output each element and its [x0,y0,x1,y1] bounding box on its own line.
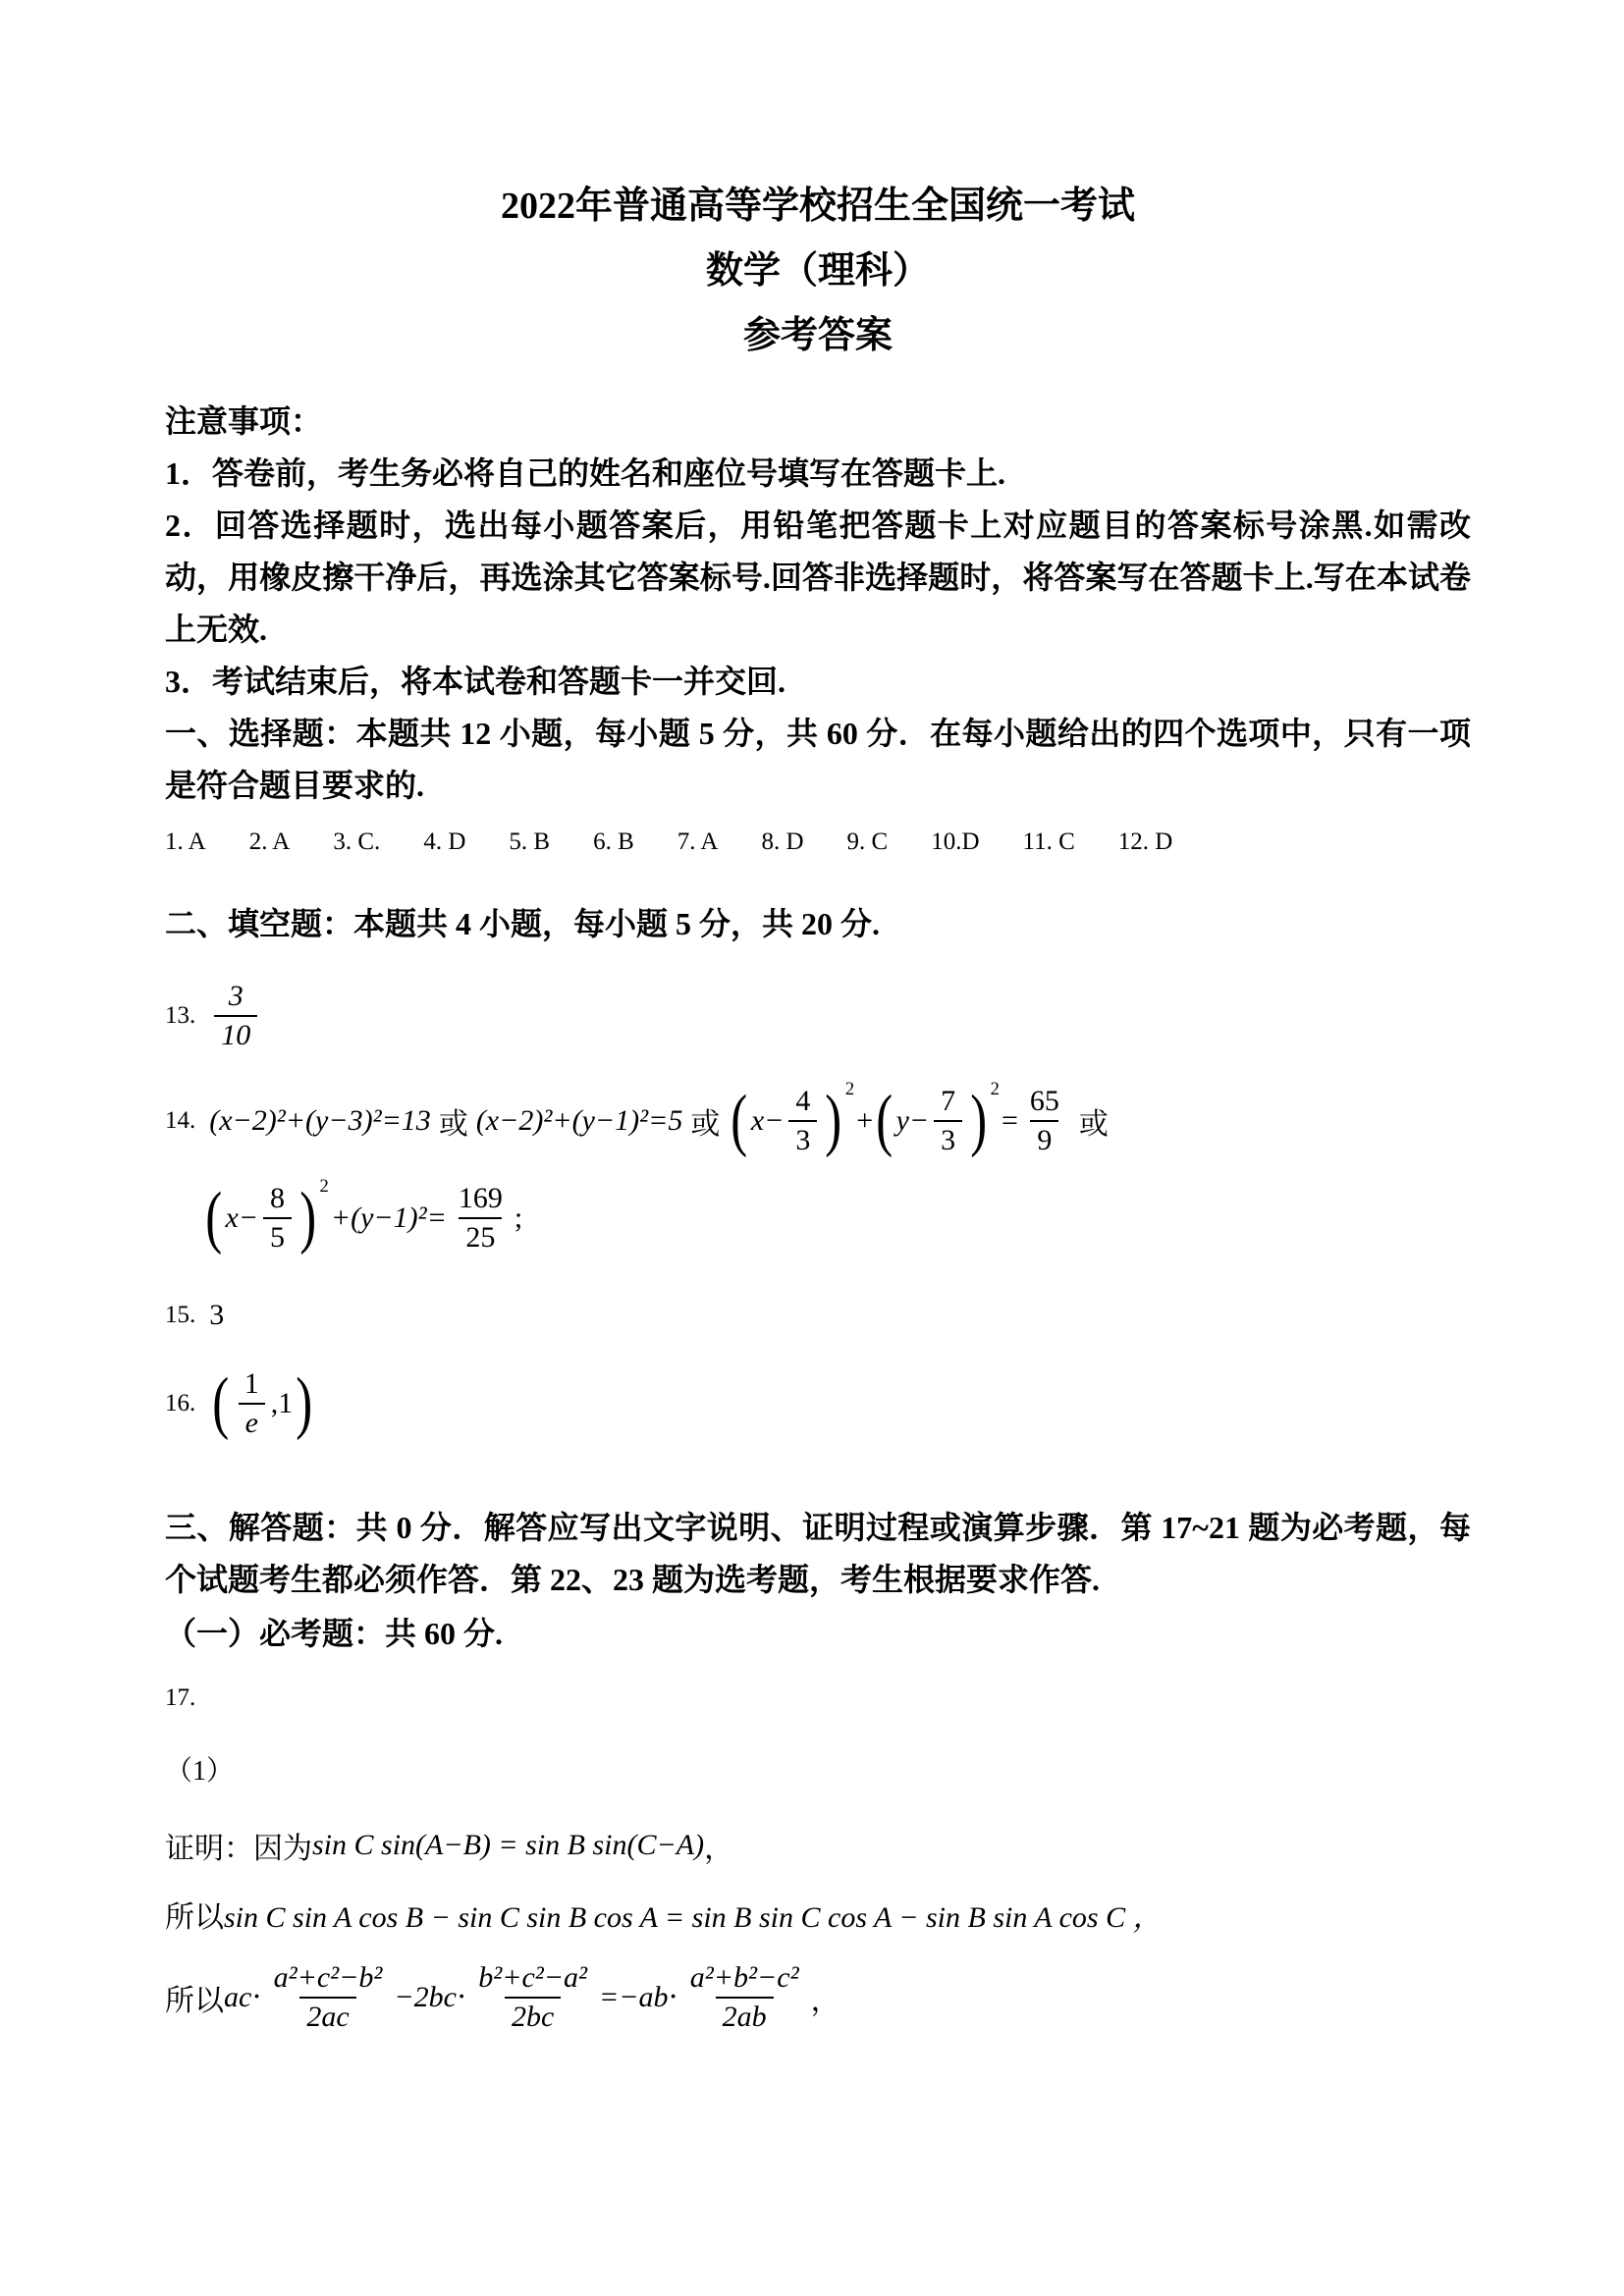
choice-answer-2: 2. A [249,828,291,857]
q16-fraction: 1 e [238,1365,266,1441]
line3-term3: =−ab⋅ [599,1980,678,2014]
right-paren: ) [970,1090,987,1151]
choice-answer-3: 3. C. [333,828,380,857]
q14-eq3-x-term: x− [751,1104,785,1138]
denominator: e [239,1403,265,1442]
question-15-answer: 15. 3 [165,1299,1471,1332]
choice-answer-11: 11. C [1023,828,1075,857]
question-14-answer-line1: 14. (x−2)²+(y−3)²=13 或 (x−2)²+(y−1)²=5 或… [165,1083,1471,1158]
denominator: 2bc [505,1997,561,2036]
q14-eq4-y-term: +(y−1)²= [331,1201,447,1235]
line3-term2: −2bc⋅ [394,1980,466,2014]
notice-item-2: 2．回答选择题时，选出每小题答案后，用铅笔把答题卡上对应题目的答案标号涂黑.如需… [165,500,1471,656]
q17-proof-line3: 所以 ac⋅ a²+c²−b² 2ac −2bc⋅ b²+c²−a² 2bc =… [165,1959,1471,2035]
q13-fraction: 3 10 [214,978,257,1053]
q16-label: 16. [165,1390,195,1417]
question-13-answer: 13. 3 10 [165,978,1471,1053]
right-paren: ) [297,1372,313,1434]
right-paren: ) [826,1090,842,1151]
choice-answer-12: 12. D [1118,828,1173,857]
q14-or1: 或 [439,1099,468,1143]
document-page: 2022年普通高等学校招生全国统一考试 数学（理科） 参考答案 注意事项： 1．… [0,0,1624,2296]
q17-proof-line1: 证明：因为 sin C sin(A−B) = sin B sin(C−A) ， [165,1824,1471,1867]
line3-term1: ac⋅ [224,1980,262,2014]
q14-eq4-left-group: ( x− 8 5 ) 2 [202,1180,331,1255]
choice-answer-8: 8. D [761,828,803,857]
left-paren: ( [205,1187,222,1249]
q16-interval-group: ( 1 e ,1 ) [209,1365,315,1441]
q13-denominator: 10 [214,1015,257,1054]
notice-item-3: 3．考试结束后，将本试卷和答题卡一并交回. [165,656,1471,708]
numerator: 65 [1023,1083,1066,1120]
line2-equation: sin C sin A cos B − sin C sin B cos A = … [224,1893,1163,1936]
q14-plus: + [856,1104,873,1138]
q14-eq3-right-group: ( y− 7 3 ) 2 [873,1083,1001,1158]
q14-eq4-fraction-x: 8 5 [263,1180,292,1255]
notices-section: 注意事项： 1．答卷前，考生务必将自己的姓名和座位号填写在答题卡上. 2．回答选… [165,396,1471,708]
q16-rest: ,1 [271,1387,294,1420]
page-content: 2022年普通高等学校招生全国统一考试 数学（理科） 参考答案 注意事项： 1．… [0,0,1624,2035]
choice-answer-10: 10.D [931,828,979,857]
numerator: 169 [452,1180,510,1217]
numerator: 4 [788,1083,817,1120]
left-paren: ( [213,1372,230,1434]
exam-title: 2022年普通高等学校招生全国统一考试 [165,187,1471,228]
q14-eq3-y-term: y− [896,1104,930,1138]
numerator: 7 [934,1083,962,1120]
required-questions-heading: （一）必考题：共 60 分. [165,1608,1471,1660]
numerator: b²+c²−a² [471,1959,594,1997]
q15-value: 3 [209,1299,224,1332]
choice-answer-7: 7. A [677,828,719,857]
numerator: 1 [238,1365,266,1403]
q14-eq1: (x−2)²+(y−3)²=13 [209,1104,431,1138]
denominator: 5 [263,1217,292,1256]
right-paren: ) [299,1187,316,1249]
proof-prefix: 证明：因为 [165,1824,312,1867]
numerator: a²+b²−c² [683,1959,806,1997]
question-16-answer: 16. ( 1 e ,1 ) [165,1365,1471,1441]
notices-heading: 注意事项： [165,396,1471,448]
exponent: 2 [991,1081,1000,1099]
q13-label: 13. [165,1002,195,1030]
notice-item-1: 1．答卷前，考生务必将自己的姓名和座位号填写在答题卡上. [165,448,1471,500]
denominator: 3 [934,1120,962,1159]
left-paren: ( [876,1090,893,1151]
question-14-answer-line2: ( x− 8 5 ) 2 +(y−1)²= 169 25 ; [202,1180,1471,1255]
numerator: 8 [263,1180,292,1217]
denominator: 9 [1030,1120,1058,1159]
q14-label: 14. [165,1107,195,1135]
exponent: 2 [845,1081,854,1099]
proof-comma: ， [704,1824,733,1867]
cosine-fraction-3: a²+b²−c² 2ab [683,1959,806,2035]
q14-or2: 或 [690,1099,720,1143]
q15-label: 15. [165,1302,195,1329]
q14-eq3-fraction-x: 4 3 [788,1083,817,1158]
choice-answer-6: 6. B [593,828,634,857]
line2-prefix: 所以 [165,1893,224,1936]
left-paren: ( [731,1090,748,1151]
cosine-fraction-1: a²+c²−b² 2ac [267,1959,390,2035]
subject-title: 数学（理科） [165,251,1471,293]
denominator: 2ac [299,1997,355,2036]
cosine-fraction-2: b²+c²−a² 2bc [471,1959,594,2035]
q14-eq3-fraction-y: 7 3 [934,1083,962,1158]
choice-answer-4: 4. D [423,828,465,857]
q14-semicolon: ; [514,1201,522,1235]
q17-label: 17. [165,1674,1471,1723]
proof-equation: sin C sin(A−B) = sin B sin(C−A) [312,1829,704,1862]
q14-or3: 或 [1079,1099,1109,1143]
q14-eq3-result-fraction: 65 9 [1023,1083,1066,1158]
choice-answer-5: 5. B [509,828,550,857]
answer-key-title: 参考答案 [165,316,1471,357]
choice-answer-1: 1. A [165,828,206,857]
section-fill-heading: 二、填空题：本题共 4 小题，每小题 5 分，共 20 分. [165,898,1471,950]
exponent: 2 [320,1178,329,1197]
denominator: 25 [459,1217,502,1256]
q14-equals: = [1001,1104,1018,1138]
denominator: 3 [788,1120,817,1159]
section-solutions-heading: 三、解答题：共 0 分．解答应写出文字说明、证明过程或演算步骤．第 17~21 … [165,1502,1471,1606]
line3-comma: ， [811,1976,840,2019]
q14-eq4-x-term: x− [225,1201,258,1235]
q17-part1-label: （1） [165,1747,1471,1796]
q14-eq4-result-fraction: 169 25 [452,1180,510,1255]
numerator: a²+c²−b² [267,1959,390,1997]
q13-numerator: 3 [222,978,250,1015]
line3-prefix: 所以 [165,1976,224,2019]
q14-eq3-left-group: ( x− 4 3 ) 2 [728,1083,856,1158]
choice-answer-9: 9. C [847,828,889,857]
denominator: 2ab [716,1997,774,2036]
choice-answers-row: 1. A 2. A 3. C. 4. D 5. B 6. B 7. A 8. D… [165,828,1471,857]
section-choice-heading: 一、选择题：本题共 12 小题，每小题 5 分，共 60 分．在每小题给出的四个… [165,708,1471,812]
q14-eq2: (x−2)²+(y−1)²=5 [476,1104,683,1138]
q17-proof-line2: 所以 sin C sin A cos B − sin C sin B cos A… [165,1893,1471,1936]
